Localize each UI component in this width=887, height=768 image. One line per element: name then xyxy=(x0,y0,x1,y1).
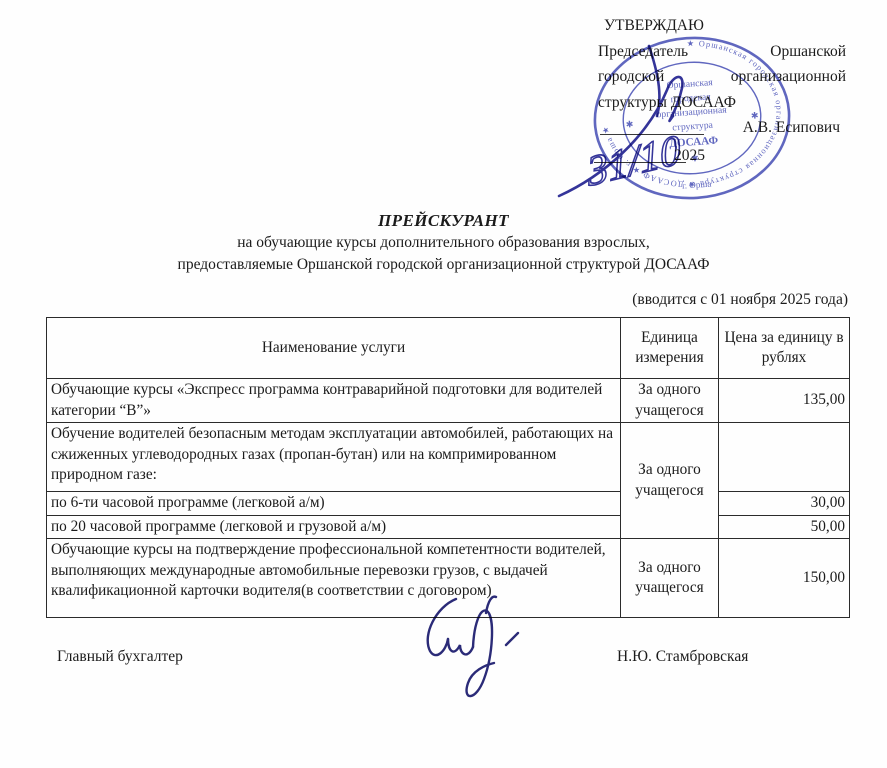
service-price xyxy=(719,423,850,492)
table-row: по 20 часовой программе (легковой и груз… xyxy=(47,515,850,539)
table-header-row: Наименование услуги Единица измерения Це… xyxy=(47,318,850,379)
table-row: по 6-ти часовой программе (легковой а/м)… xyxy=(47,492,850,516)
effective-date: (вводится с 01 ноября 2025 года) xyxy=(632,291,848,309)
service-price: 50,00 xyxy=(719,515,850,539)
document-subtitle-2: предоставляемые Оршанской городской орга… xyxy=(0,254,887,276)
table-row: Обучающие курсы «Экспресс программа конт… xyxy=(47,379,850,423)
service-name: по 6-ти часовой программе (легковой а/м) xyxy=(47,492,621,516)
service-price: 150,00 xyxy=(719,539,850,618)
service-unit: За одного учащегося xyxy=(621,423,719,539)
service-unit: За одного учащегося xyxy=(621,539,719,618)
handwritten-date: 31/10 xyxy=(584,126,683,196)
document-title: ПРЕЙСКУРАНТ xyxy=(0,210,887,232)
column-header-unit: Единица измерения xyxy=(621,318,719,379)
service-unit: За одного учащегося xyxy=(621,379,719,423)
service-name: Обучающие курсы «Экспресс программа конт… xyxy=(47,379,621,423)
accountant-name: Н.Ю. Стамбровская xyxy=(617,648,748,666)
director-signature-icon: 31/10 xyxy=(545,28,815,213)
accountant-role-label: Главный бухгалтер xyxy=(57,648,183,666)
column-header-name: Наименование услуги xyxy=(47,318,621,379)
service-price: 30,00 xyxy=(719,492,850,516)
service-name: по 20 часовой программе (легковой и груз… xyxy=(47,515,621,539)
document-page: УТВЕРЖДАЮ Председатель Оршанской городск… xyxy=(0,0,887,768)
price-table: Наименование услуги Единица измерения Це… xyxy=(46,317,850,618)
column-header-price: Цена за единицу в рублях xyxy=(719,318,850,379)
service-name: Обучение водителей безопасным методам эк… xyxy=(47,423,621,492)
service-price: 135,00 xyxy=(719,379,850,423)
document-subtitle-1: на обучающие курсы дополнительного образ… xyxy=(0,232,887,254)
table-row: Обучение водителей безопасным методам эк… xyxy=(47,423,850,492)
title-block: ПРЕЙСКУРАНТ на обучающие курсы дополните… xyxy=(0,210,887,276)
accountant-signature-icon xyxy=(390,583,560,718)
